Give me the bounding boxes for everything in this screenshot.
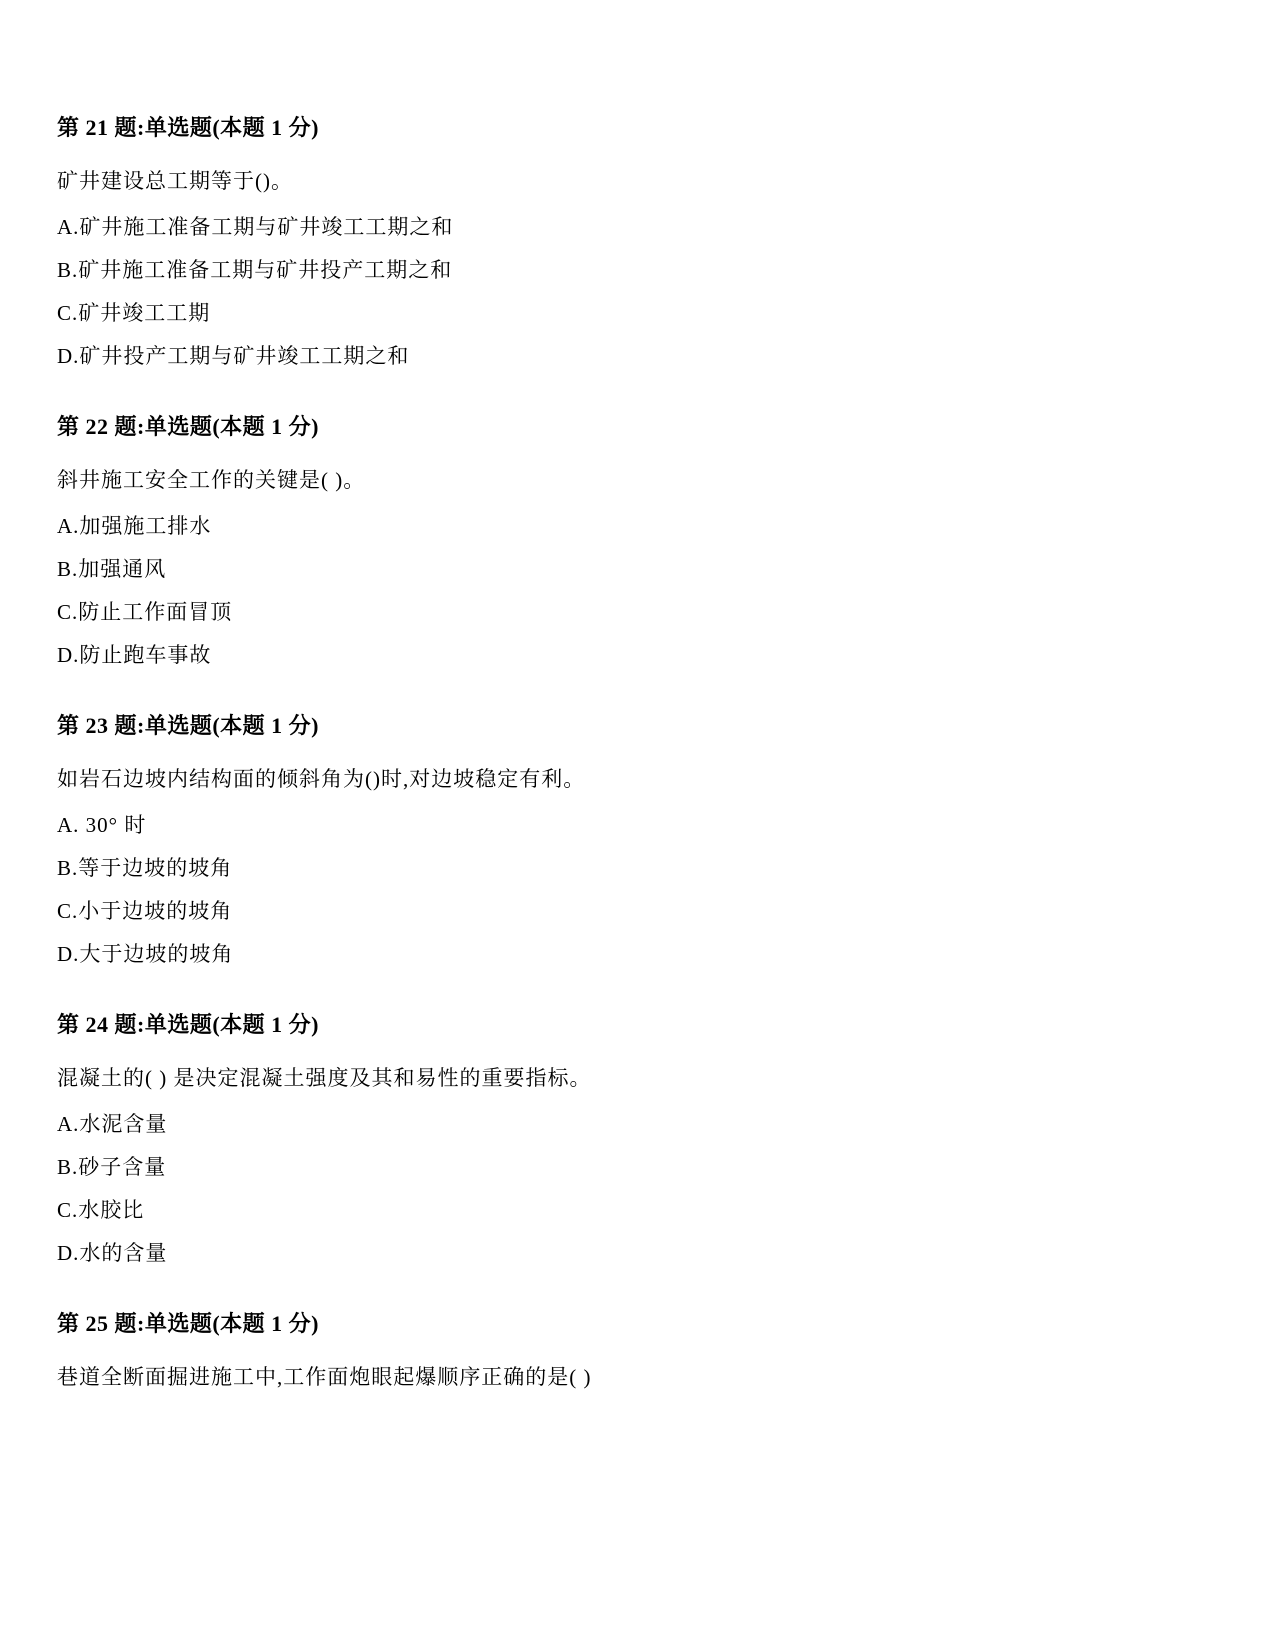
question-23-option-d: D.大于边坡的坡角 bbox=[57, 940, 1205, 968]
question-24: 第 24 题:单选题(本题 1 分) 混凝土的( ) 是决定混凝土强度及其和易性… bbox=[57, 1011, 1205, 1267]
question-22-option-b: B.加强通风 bbox=[57, 555, 1205, 583]
question-22-option-c: C.防止工作面冒顶 bbox=[57, 598, 1205, 626]
question-24-option-b: B.砂子含量 bbox=[57, 1153, 1205, 1181]
question-22-header: 第 22 题:单选题(本题 1 分) bbox=[57, 413, 1205, 441]
question-21-option-a: A.矿井施工准备工期与矿井竣工工期之和 bbox=[57, 213, 1205, 241]
question-23-header: 第 23 题:单选题(本题 1 分) bbox=[57, 712, 1205, 740]
question-24-text: 混凝土的( ) 是决定混凝土强度及其和易性的重要指标。 bbox=[57, 1064, 1205, 1092]
question-24-option-a: A.水泥含量 bbox=[57, 1110, 1205, 1138]
question-22-text: 斜井施工安全工作的关键是( )。 bbox=[57, 466, 1205, 494]
question-21-option-b: B.矿井施工准备工期与矿井投产工期之和 bbox=[57, 256, 1205, 284]
question-24-option-d: D.水的含量 bbox=[57, 1239, 1205, 1267]
question-21: 第 21 题:单选题(本题 1 分) 矿井建设总工期等于()。 A.矿井施工准备… bbox=[57, 114, 1205, 370]
question-23: 第 23 题:单选题(本题 1 分) 如岩石边坡内结构面的倾斜角为()时,对边坡… bbox=[57, 712, 1205, 968]
question-24-header: 第 24 题:单选题(本题 1 分) bbox=[57, 1011, 1205, 1039]
question-21-header: 第 21 题:单选题(本题 1 分) bbox=[57, 114, 1205, 142]
question-25-header: 第 25 题:单选题(本题 1 分) bbox=[57, 1310, 1205, 1338]
question-22: 第 22 题:单选题(本题 1 分) 斜井施工安全工作的关键是( )。 A.加强… bbox=[57, 413, 1205, 669]
exam-document-page: 第 21 题:单选题(本题 1 分) 矿井建设总工期等于()。 A.矿井施工准备… bbox=[0, 0, 1275, 1650]
question-22-option-d: D.防止跑车事故 bbox=[57, 641, 1205, 669]
question-21-text: 矿井建设总工期等于()。 bbox=[57, 167, 1205, 195]
question-21-option-d: D.矿井投产工期与矿井竣工工期之和 bbox=[57, 342, 1205, 370]
question-22-option-a: A.加强施工排水 bbox=[57, 512, 1205, 540]
question-25-text: 巷道全断面掘进施工中,工作面炮眼起爆顺序正确的是( ) bbox=[57, 1363, 1205, 1391]
question-23-option-c: C.小于边坡的坡角 bbox=[57, 897, 1205, 925]
question-23-text: 如岩石边坡内结构面的倾斜角为()时,对边坡稳定有利。 bbox=[57, 765, 1205, 793]
question-21-option-c: C.矿井竣工工期 bbox=[57, 299, 1205, 327]
question-25: 第 25 题:单选题(本题 1 分) 巷道全断面掘进施工中,工作面炮眼起爆顺序正… bbox=[57, 1310, 1205, 1391]
question-23-option-a: A. 30° 时 bbox=[57, 811, 1205, 839]
question-23-option-b: B.等于边坡的坡角 bbox=[57, 854, 1205, 882]
question-24-option-c: C.水胶比 bbox=[57, 1196, 1205, 1224]
